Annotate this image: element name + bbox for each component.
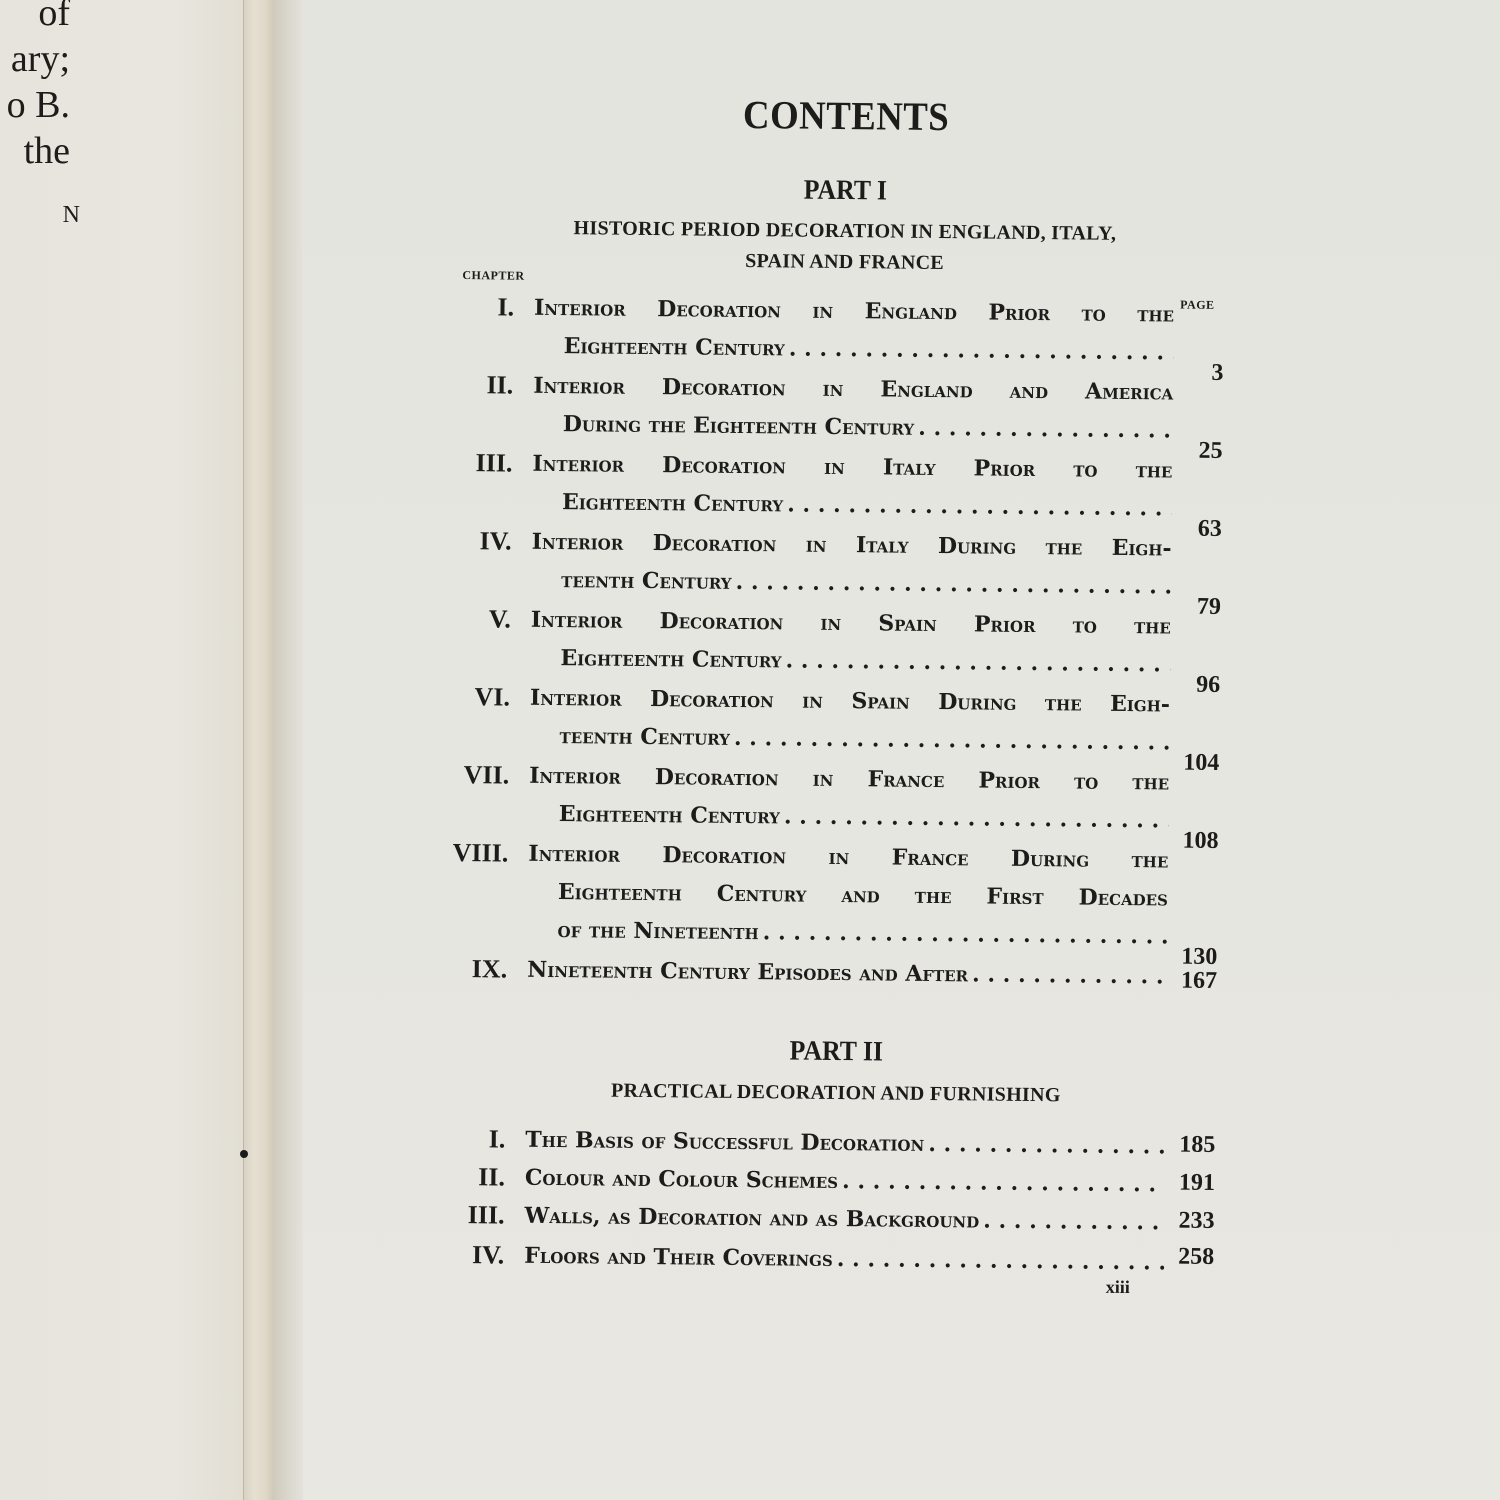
chapter-title-line: During the Eighteenth Century xyxy=(563,405,1173,449)
chapter-title-line: teenth Century xyxy=(561,561,1171,605)
chapter-title-line: Interior Decoration in France During the xyxy=(528,835,1168,880)
left-fragment: ary; xyxy=(7,36,70,82)
page-number: 233 xyxy=(1169,1201,1214,1239)
chapter-title-line: of the Nineteenth xyxy=(557,911,1167,955)
ink-spot xyxy=(240,1150,248,1158)
gutter-shadow xyxy=(273,0,303,1500)
leader-dots xyxy=(785,329,1174,371)
leader-dots xyxy=(759,913,1168,955)
chapter-number: VIII. xyxy=(453,834,509,873)
left-fragment: N xyxy=(17,192,80,238)
chapter-number: I. xyxy=(489,1120,506,1158)
chapter-number: IV. xyxy=(472,1236,504,1274)
chapter-number: III. xyxy=(468,1196,505,1234)
leader-dots xyxy=(781,641,1170,683)
page-number: 3 xyxy=(1178,354,1223,392)
leader-dots xyxy=(780,797,1169,839)
chapter-title-line: The Basis of Successful Decoration xyxy=(525,1121,1165,1166)
chapter-title-line: Walls, as Decoration and as Background xyxy=(524,1197,1164,1242)
leader-dots xyxy=(914,409,1173,450)
chapter-title-line: Floors and Their Coverings xyxy=(524,1237,1164,1282)
chapter-title-line: Eighteenth Century xyxy=(563,327,1173,371)
page-number: 167 xyxy=(1172,961,1217,999)
chapter-number: I. xyxy=(497,288,514,326)
left-fragment: of xyxy=(7,0,70,36)
page-number: 258 xyxy=(1169,1237,1214,1275)
chapter-title-line: Interior Decoration in France Prior to t… xyxy=(529,757,1169,802)
leader-dots xyxy=(968,955,1167,995)
chapter-number: IX. xyxy=(472,950,508,988)
page-number: 191 xyxy=(1170,1163,1215,1201)
leader-dots xyxy=(838,1162,1165,1203)
chapter-title-line: Eighteenth Century and the First Decades xyxy=(558,873,1168,917)
leader-dots xyxy=(924,1125,1165,1166)
chapter-column-label: CHAPTER xyxy=(462,268,524,284)
left-page-text-fragments: of ary; o B. the N xyxy=(7,0,70,220)
page-number: 79 xyxy=(1176,588,1221,626)
page-number: 63 xyxy=(1177,510,1222,548)
chapter-number: VI. xyxy=(474,678,510,716)
leader-dots xyxy=(730,719,1170,762)
page-column-label: PAGE xyxy=(1180,298,1215,313)
left-page: of ary; o B. the N xyxy=(0,0,245,1500)
page-number: 96 xyxy=(1175,666,1220,704)
page-title: CONTENTS xyxy=(478,88,1214,143)
chapter-title-line: Interior Decoration in Italy During the … xyxy=(531,523,1171,568)
chapter-title-line: Interior Decoration in Spain During the … xyxy=(530,679,1170,724)
chapter-title-line: Interior Decoration in Spain Prior to th… xyxy=(531,601,1171,646)
page-number: 104 xyxy=(1174,744,1219,782)
left-fragment: the xyxy=(7,128,70,174)
chapter-title-line: Interior Decoration in England and Ameri… xyxy=(533,367,1173,412)
chapter-title-line: Colour and Colour Schemes xyxy=(525,1159,1165,1204)
leader-dots xyxy=(979,1201,1165,1241)
page-number: 185 xyxy=(1170,1125,1215,1163)
chapter-title-line: Eighteenth Century xyxy=(562,483,1172,527)
chapter-title-line: teenth Century xyxy=(559,717,1169,761)
left-fragment: o B. xyxy=(7,82,70,128)
chapter-number: II. xyxy=(486,366,513,404)
chapter-number: II. xyxy=(478,1158,505,1196)
chapter-title-line: Interior Decoration in Italy Prior to th… xyxy=(532,445,1172,490)
part-1-subtitle: HISTORIC PERIOD DECORATION IN ENGLAND, I… xyxy=(444,212,1245,282)
chapter-title-line: Nineteenth Century Episodes and After xyxy=(527,951,1167,996)
page-gutter-edge xyxy=(243,0,274,1500)
leader-dots xyxy=(783,485,1172,527)
chapter-title-line: Interior Decoration in England Prior to … xyxy=(534,289,1174,334)
page-number: 108 xyxy=(1173,822,1218,860)
chapter-number: VII. xyxy=(463,756,509,794)
leader-dots xyxy=(731,563,1171,606)
page-folio: xiii xyxy=(1106,1277,1130,1298)
chapter-number: III. xyxy=(475,444,512,482)
chapter-number: IV. xyxy=(479,522,511,560)
chapter-number: V. xyxy=(489,600,511,638)
leader-dots xyxy=(833,1240,1165,1281)
chapter-title-line: Eighteenth Century xyxy=(559,795,1169,839)
page-number: 25 xyxy=(1177,432,1222,470)
chapter-title-line: Eighteenth Century xyxy=(560,639,1170,683)
